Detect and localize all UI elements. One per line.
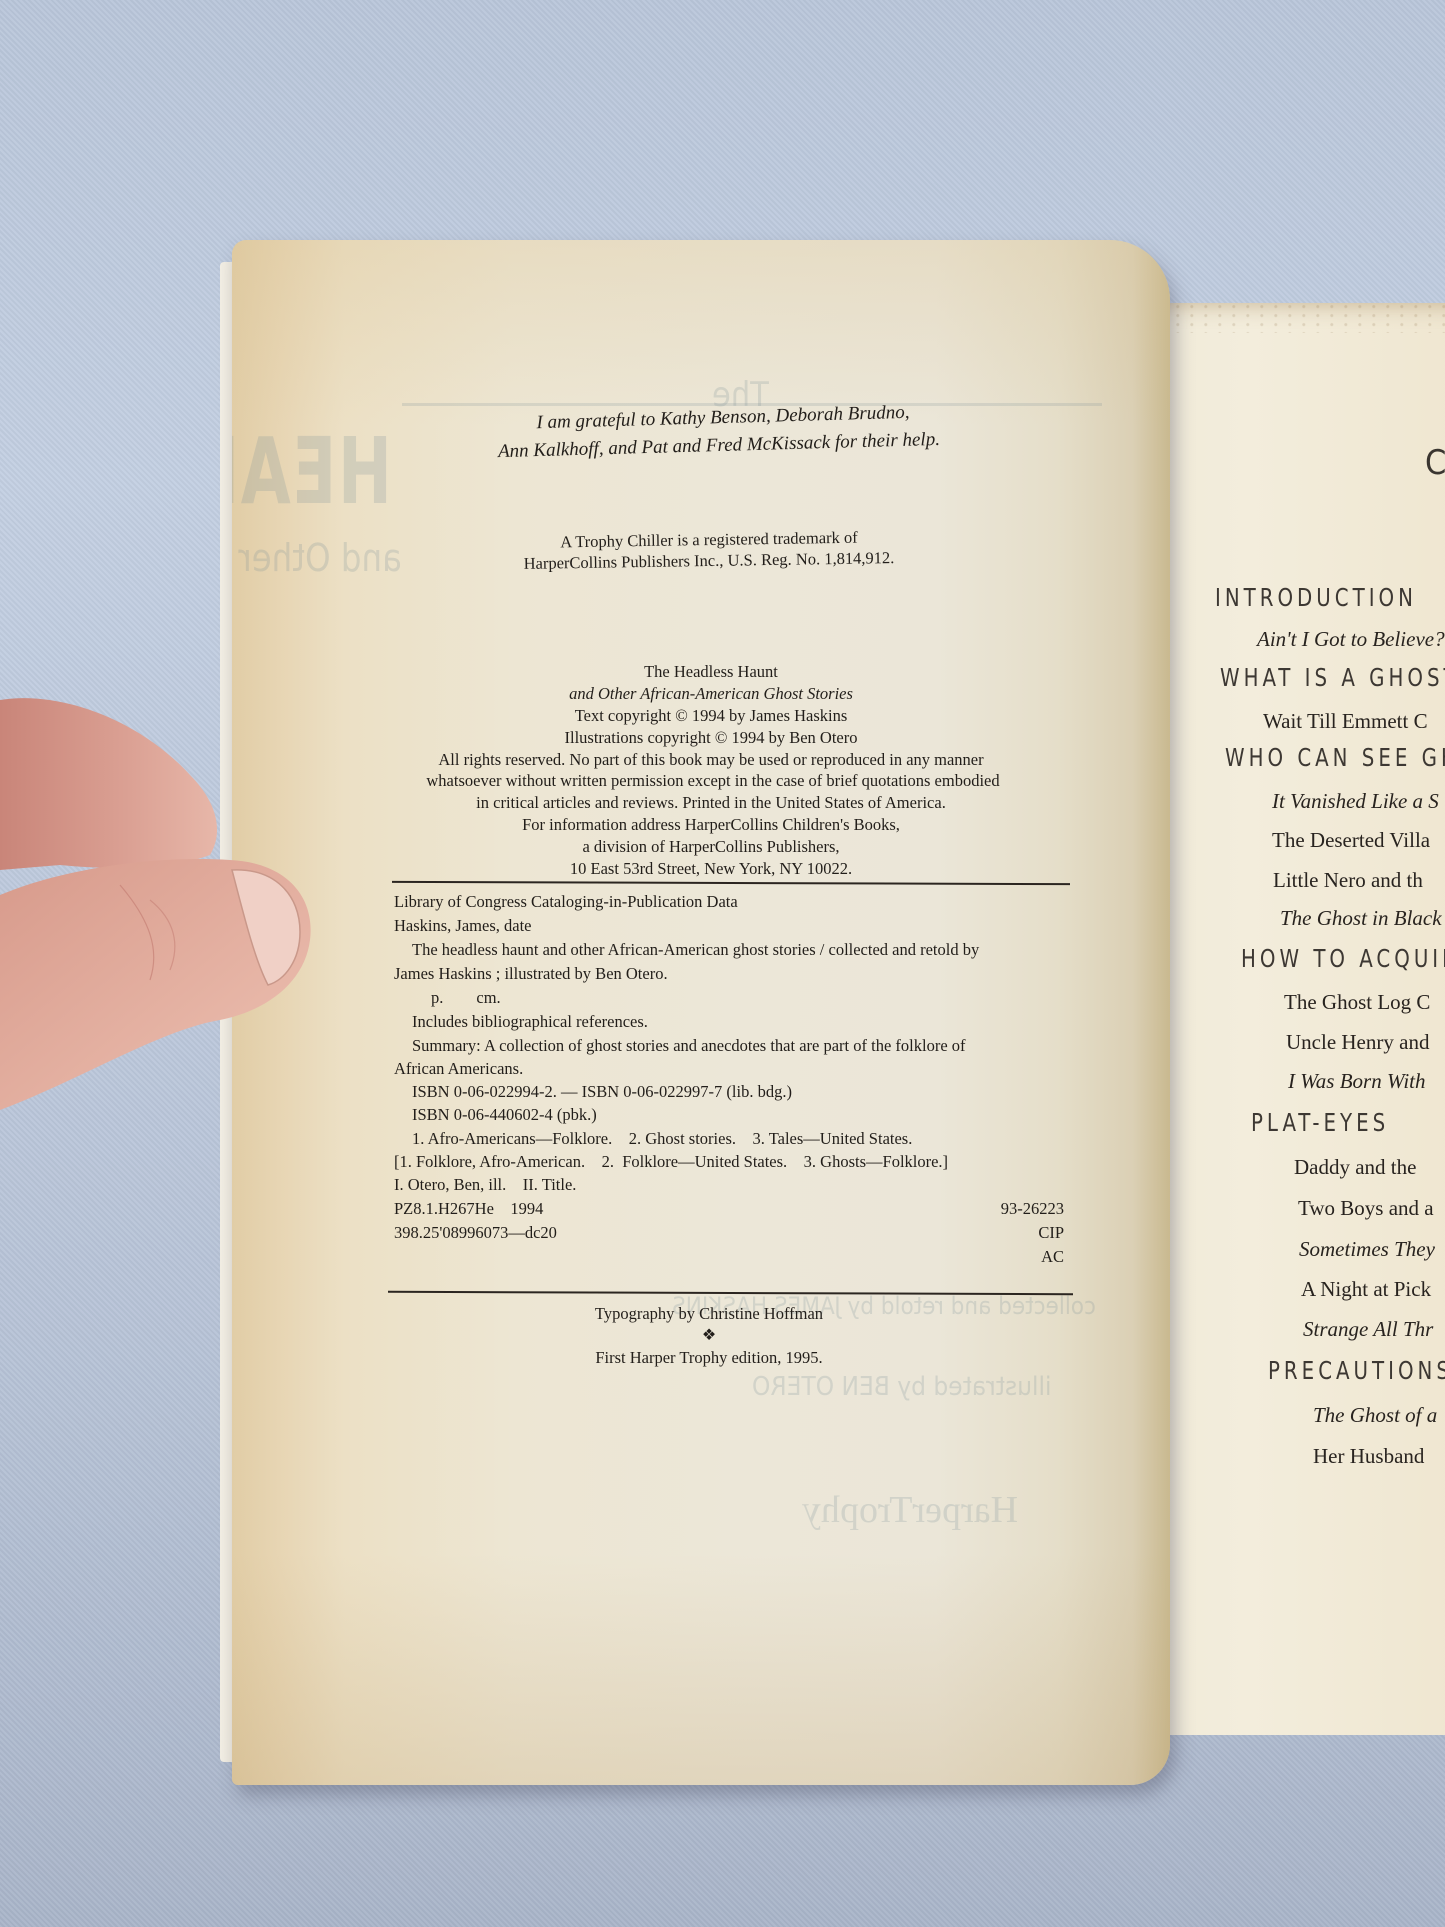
cip-subjects-2: [1. Folklore, Afro-American. 2. Folklore…	[394, 1152, 948, 1172]
toc-entry: Her Husband	[1313, 1444, 1424, 1469]
toc-entry: It Vanished Like a S	[1272, 789, 1439, 814]
cip-added-entries: I. Otero, Ben, ill. II. Title.	[394, 1175, 576, 1195]
toc-entry: The Ghost in Black	[1280, 906, 1442, 931]
rights-line-3: in critical articles and reviews. Printe…	[242, 793, 1170, 813]
cip-subjects-1: 1. Afro-Americans—Folklore. 2. Ghost sto…	[412, 1129, 912, 1149]
book-subtitle: and Other African-American Ghost Stories	[242, 684, 1170, 704]
toc-section-what-is-a-ghost: WHAT IS A GHOST?	[1220, 664, 1445, 693]
toc-section-introduction: INTRODUCTION	[1215, 584, 1417, 613]
address-line-1: For information address HarperCollins Ch…	[242, 815, 1170, 835]
toc-entry: Sometimes They	[1299, 1237, 1435, 1262]
toc-entry: Ain't I Got to Believe?	[1257, 627, 1445, 652]
toc-section-who-can-see-ghosts: WHO CAN SEE GHO	[1225, 744, 1445, 773]
rights-line-2: whatsoever without written permission ex…	[244, 771, 1170, 791]
divider-top	[392, 881, 1070, 885]
cip-header: Library of Congress Cataloging-in-Public…	[394, 892, 738, 912]
cip-lc-classification: PZ8.1.H267He 1994	[394, 1199, 543, 1219]
copyright-page: The HEADLESS HAUNT and Other African-Ame…	[232, 240, 1170, 1785]
illustrations-copyright: Illustrations copyright © 1994 by Ben Ot…	[242, 728, 1170, 748]
bleed-through-illustrator: illustrated by BEN OTERO	[752, 1372, 1051, 1402]
toc-entry: Wait Till Emmett C	[1263, 709, 1428, 734]
cip-isbn-2: ISBN 0-06-440602-4 (pbk.)	[412, 1105, 597, 1125]
cip-summary-2: African Americans.	[394, 1059, 523, 1079]
ornament-icon: ❖	[240, 1326, 1170, 1346]
text-copyright: Text copyright © 1994 by James Haskins	[242, 706, 1170, 726]
toc-section-plat-eyes: PLAT-EYES	[1251, 1109, 1389, 1138]
edition-statement: First Harper Trophy edition, 1995.	[240, 1348, 1170, 1368]
cip-isbn-1: ISBN 0-06-022994-2. — ISBN 0-06-022997-7…	[412, 1082, 792, 1102]
ac-code: AC	[1041, 1247, 1064, 1267]
book-title: The Headless Haunt	[242, 662, 1170, 682]
toc-entry: Two Boys and a	[1298, 1196, 1434, 1221]
toc-entry: The Deserted Villa	[1272, 828, 1430, 853]
toc-entry: Daddy and the	[1294, 1155, 1416, 1180]
toc-entry: A Night at Pick	[1301, 1277, 1431, 1302]
cip-author: Haskins, James, date	[394, 916, 531, 936]
toc-entry: The Ghost Log C	[1284, 990, 1430, 1015]
bleed-through-publisher: HarperTrophy	[802, 1488, 1018, 1532]
cip-physical-description: p. cm.	[431, 988, 501, 1008]
toc-entry: Uncle Henry and	[1286, 1030, 1429, 1055]
toc-entry: I Was Born With	[1288, 1069, 1425, 1094]
toc-section-how-to-acquire: HOW TO ACQUIRE	[1241, 945, 1445, 974]
address-line-2: a division of HarperCollins Publishers,	[242, 837, 1170, 857]
cip-title-statement-2: James Haskins ; illustrated by Ben Otero…	[394, 964, 668, 984]
cip-title-statement-1: The headless haunt and other African-Ame…	[412, 940, 979, 960]
cip-dewey-classification: 398.25'08996073—dc20	[394, 1223, 557, 1243]
cip-summary-1: Summary: A collection of ghost stories a…	[412, 1036, 966, 1056]
hand-holding-book	[0, 680, 330, 1150]
rights-line-1: All rights reserved. No part of this boo…	[242, 750, 1170, 770]
cip-lccn: 93-26223	[1001, 1199, 1064, 1219]
toc-entry: Strange All Thr	[1303, 1317, 1433, 1342]
cip-notes: Includes bibliographical references.	[412, 1012, 648, 1032]
typography-credit: Typography by Christine Hoffman	[240, 1304, 1170, 1324]
toc-entry: The Ghost of a	[1313, 1403, 1437, 1428]
toc-entry: Little Nero and th	[1273, 868, 1423, 893]
cip-data-block: Library of Congress Cataloging-in-Public…	[394, 892, 1064, 1282]
toc-section-precautions: PRECAUTIONS T	[1268, 1357, 1445, 1386]
cip-code: CIP	[1038, 1223, 1064, 1243]
address-line-3: 10 East 53rd Street, New York, NY 10022.	[242, 859, 1170, 879]
